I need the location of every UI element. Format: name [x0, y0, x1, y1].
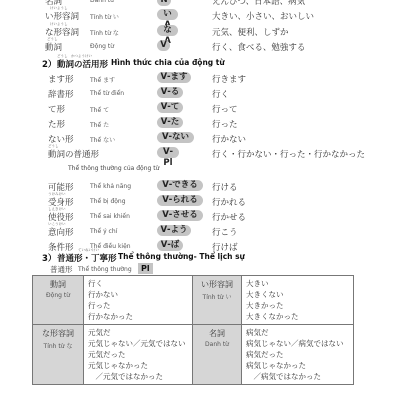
examples-i-adjective: 大きい、小さい、おいしい — [212, 10, 314, 22]
noun-label-vn: Danh từ — [194, 341, 240, 348]
form-passive-vn: Thể bị động — [90, 198, 126, 205]
form-potential-vn: Thể khả năng — [90, 183, 131, 190]
example-plain: 行く・行かない・行った・行かなかった — [212, 148, 365, 160]
na-adj-label-vn: Tính từ な — [34, 341, 82, 350]
na-adj-label: な形容詞 — [34, 328, 82, 339]
line: 大きくなかった — [246, 311, 349, 322]
cell-noun-label: 名詞 Danh từ — [193, 325, 242, 385]
form-plain: 動詞の普通形 — [48, 148, 99, 160]
cell-na-adj-forms: 元気だ 元気じゃない／元気ではない 元気だった 元気じゃなかった ／元気ではなか… — [84, 325, 193, 385]
examples-noun: えんぴつ、日本語、病気 — [212, 0, 305, 7]
badge-i-adjective: い A — [157, 9, 178, 20]
badge-v-dekiru: V‐できる — [157, 180, 203, 191]
term-na-adjective-vn: Tính từ な — [90, 28, 119, 37]
i-adj-label: い形容詞 — [194, 279, 240, 290]
form-dictionary: 辞書形 — [48, 88, 74, 100]
examples-verb: 行く、食べる、勉強する — [212, 41, 305, 53]
cell-i-adj-label: い形容詞 Tính từ い — [193, 276, 242, 325]
section2-heading-jp: 動詞の活用形 — [57, 58, 108, 70]
badge-v-nai: V‐ない — [157, 132, 194, 143]
badge-verb: V — [157, 40, 170, 51]
form-causative-vn: Thể sai khiến — [90, 213, 130, 220]
badge-v-saseru: V‐させる — [157, 210, 203, 221]
section3-heading-vn: Thể thông thường- Thể lịch sự — [118, 252, 245, 261]
example-nai: 行かない — [212, 133, 246, 145]
badge-v-rareru: V‐られる — [157, 195, 203, 206]
form-volitional: 意向形 — [48, 226, 74, 238]
form-nai-vn: Thể ない — [90, 135, 115, 144]
badge-v-masu: V‐ます — [157, 72, 191, 83]
example-te: 行って — [212, 103, 238, 115]
badge-v-ba: V‐ば — [157, 240, 183, 251]
cell-verb-forms: 行く 行かない 行った 行かなかった — [84, 276, 193, 325]
examples-na-adjective: 元気、便利、しずか — [212, 26, 289, 38]
badge-pl: Pl — [138, 263, 153, 274]
example-causative: 行かせる — [212, 211, 246, 223]
form-volitional-vn: Thể ý chí — [90, 228, 117, 235]
section3-heading-jp: 普通形・丁寧形 — [57, 252, 117, 264]
verb-label: 動詞 — [34, 279, 82, 290]
section3-number: 3） — [42, 252, 56, 264]
term-verb: 動詞 — [45, 41, 62, 53]
section2-number: 2） — [42, 58, 56, 70]
plain-form-label: 普通形 — [50, 264, 73, 275]
example-potential: 行ける — [212, 181, 238, 193]
form-te-vn: Thể て — [90, 105, 109, 114]
line: 行った — [88, 300, 188, 311]
line: 病気じゃなかった — [246, 360, 349, 371]
line: 大きくない — [246, 289, 349, 300]
cell-noun-forms: 病気だ 病気じゃない／病気ではない 病気だった 病気じゃなかった ／病気ではなか… — [242, 325, 354, 385]
form-ta: た形 — [48, 118, 65, 130]
form-masu: ます形 — [48, 73, 74, 85]
line: 元気じゃなかった — [88, 360, 188, 371]
line: 病気じゃない／病気ではない — [246, 338, 349, 349]
line: 大きい — [246, 278, 349, 289]
badge-noun: N — [157, 0, 171, 6]
table-row: 動詞 Động từ 行く 行かない 行った 行かなかった い形容詞 Tính … — [33, 276, 354, 325]
example-volitional: 行こう — [212, 226, 238, 238]
form-te: て形 — [48, 103, 65, 115]
badge-na-adjective: な A — [157, 25, 178, 36]
line: 大きかった — [246, 300, 349, 311]
table-row: な形容詞 Tính từ な 元気だ 元気じゃない／元気ではない 元気だった 元… — [33, 325, 354, 385]
term-verb-vn: Động từ — [90, 43, 114, 50]
plain-form-label-vn: Thể thông thường — [78, 266, 132, 273]
badge-v-pl: V‐Pl — [157, 147, 179, 158]
line: 病気だった — [246, 349, 349, 360]
line: 行かない — [88, 289, 188, 300]
section2-heading-vn: Hình thức chia của động từ — [111, 58, 225, 67]
form-masu-vn: Thể ます — [90, 75, 115, 84]
cell-verb-label: 動詞 Động từ — [33, 276, 84, 325]
line: 行く — [88, 278, 188, 289]
line: 元気だった — [88, 349, 188, 360]
example-ta: 行った — [212, 118, 238, 130]
term-noun-vn: Danh từ — [90, 0, 114, 4]
line: 病気だ — [246, 327, 349, 338]
form-dictionary-vn: Thể từ điển — [90, 90, 124, 97]
example-passive: 行かれる — [212, 196, 246, 208]
plain-form-table: 動詞 Động từ 行く 行かない 行った 行かなかった い形容詞 Tính … — [32, 275, 354, 385]
line: 元気だ — [88, 327, 188, 338]
line: ／元気ではなかった — [88, 371, 188, 382]
line: 元気じゃない／元気ではない — [88, 338, 188, 349]
plain-form-note: Thể thông thường của động từ — [68, 165, 159, 172]
i-adj-label-vn: Tính từ い — [194, 292, 240, 301]
cell-na-adj-label: な形容詞 Tính từ な — [33, 325, 84, 385]
badge-v-ta: V‐た — [157, 117, 183, 128]
term-i-adjective: い形容詞 — [45, 10, 79, 22]
badge-v-you: V‐よう — [157, 225, 191, 236]
noun-label: 名詞 — [194, 328, 240, 339]
line: ／病気ではなかった — [246, 371, 349, 382]
badge-v-te: V‐て — [157, 102, 183, 113]
line: 行かなかった — [88, 311, 188, 322]
form-ta-vn: Thể た — [90, 120, 109, 129]
badge-v-ru: V‐る — [157, 87, 183, 98]
example-dictionary: 行く — [212, 88, 229, 100]
example-masu: 行きます — [212, 73, 246, 85]
cell-i-adj-forms: 大きい 大きくない 大きかった 大きくなかった — [242, 276, 354, 325]
term-i-adjective-vn: Tính từ い — [90, 12, 119, 21]
verb-label-vn: Động từ — [34, 292, 82, 299]
